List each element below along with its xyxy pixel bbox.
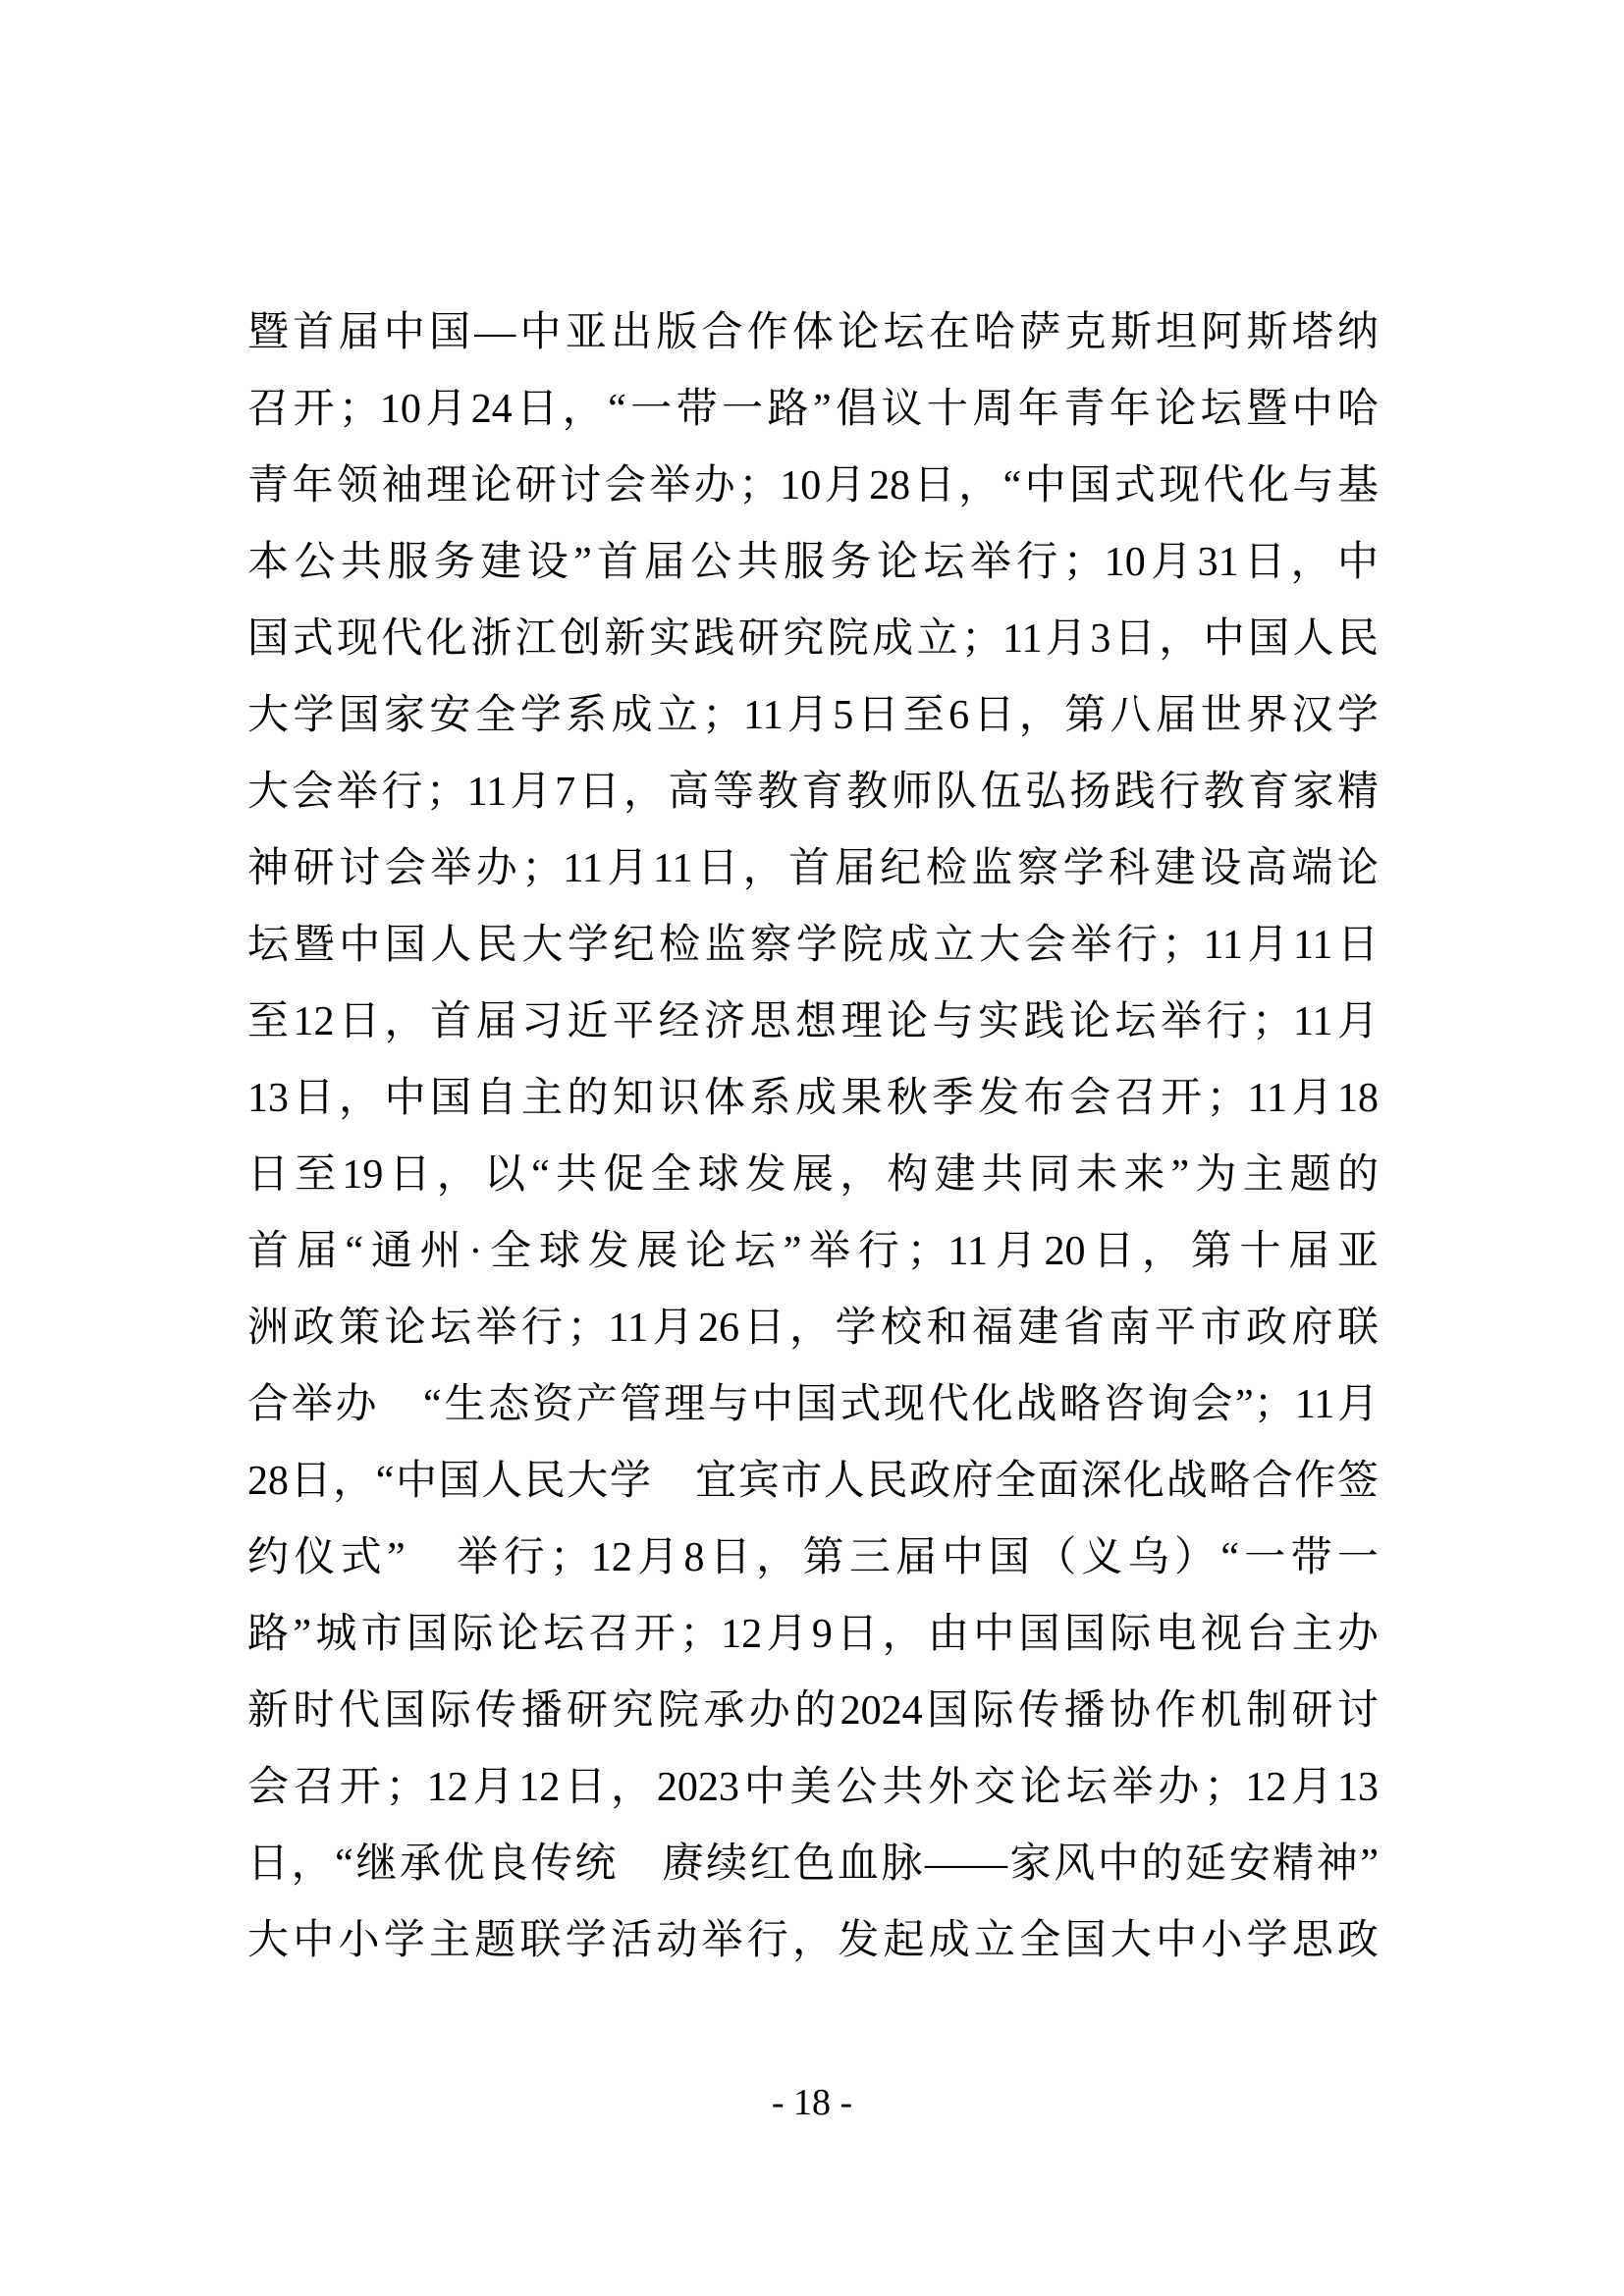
text-line: 大会举行；11月7日，高等教育教师队伍弘扬践行教育家精: [247, 754, 1379, 830]
text-line: 本公共服务建设”首届公共服务论坛举行；10月31日，中: [247, 524, 1379, 601]
text-line: 神研讨会举办；11月11日，首届纪检监察学科建设高端论: [247, 830, 1379, 907]
text-line: 日，“继承优良传统 赓续红色血脉——家风中的延安精神”: [247, 1826, 1379, 1902]
text-line: 国式现代化浙江创新实践研究院成立；11月3日，中国人民: [247, 601, 1379, 677]
page-number: - 18 -: [0, 2079, 1624, 2126]
text-line: 大中小学主题联学活动举行，发起成立全国大中小学思政: [247, 1902, 1379, 1979]
text-line: 会召开；12月12日，2023中美公共外交论坛举办；12月13: [247, 1749, 1379, 1826]
text-line: 新时代国际传播研究院承办的2024国际传播协作机制研讨: [247, 1673, 1379, 1749]
text-line: 约仪式” 举行；12月8日，第三届中国（义乌）“一带一: [247, 1520, 1379, 1596]
text-line: 首届“通州·全球发展论坛”举行；11月20日，第十届亚: [247, 1213, 1379, 1290]
text-line: 至12日，首届习近平经济思想理论与实践论坛举行；11月: [247, 984, 1379, 1060]
text-line: 坛暨中国人民大学纪检监察学院成立大会举行；11月11日: [247, 907, 1379, 984]
text-line: 日至19日，以“共促全球发展，构建共同未来”为主题的: [247, 1137, 1379, 1213]
text-line: 路”城市国际论坛召开；12月9日，由中国国际电视台主办: [247, 1596, 1379, 1673]
text-line: 大学国家安全学系成立；11月5日至6日，第八届世界汉学: [247, 677, 1379, 754]
document-page: 暨首届中国—中亚出版合作体论坛在哈萨克斯坦阿斯塔纳 召开；10月24日，“一带一…: [0, 0, 1624, 2296]
text-line: 青年领袖理论研讨会举办；10月28日，“中国式现代化与基: [247, 448, 1379, 524]
text-line: 28日，“中国人民大学 宜宾市人民政府全面深化战略合作签: [247, 1443, 1379, 1520]
body-paragraph: 暨首届中国—中亚出版合作体论坛在哈萨克斯坦阿斯塔纳 召开；10月24日，“一带一…: [247, 294, 1379, 1979]
text-line: 13日，中国自主的知识体系成果秋季发布会召开；11月18: [247, 1060, 1379, 1137]
text-line: 召开；10月24日，“一带一路”倡议十周年青年论坛暨中哈: [247, 371, 1379, 448]
text-line: 暨首届中国—中亚出版合作体论坛在哈萨克斯坦阿斯塔纳: [247, 294, 1379, 371]
text-line: 洲政策论坛举行；11月26日，学校和福建省南平市政府联: [247, 1290, 1379, 1366]
text-line: 合举办 “生态资产管理与中国式现代化战略咨询会”；11月: [247, 1366, 1379, 1443]
